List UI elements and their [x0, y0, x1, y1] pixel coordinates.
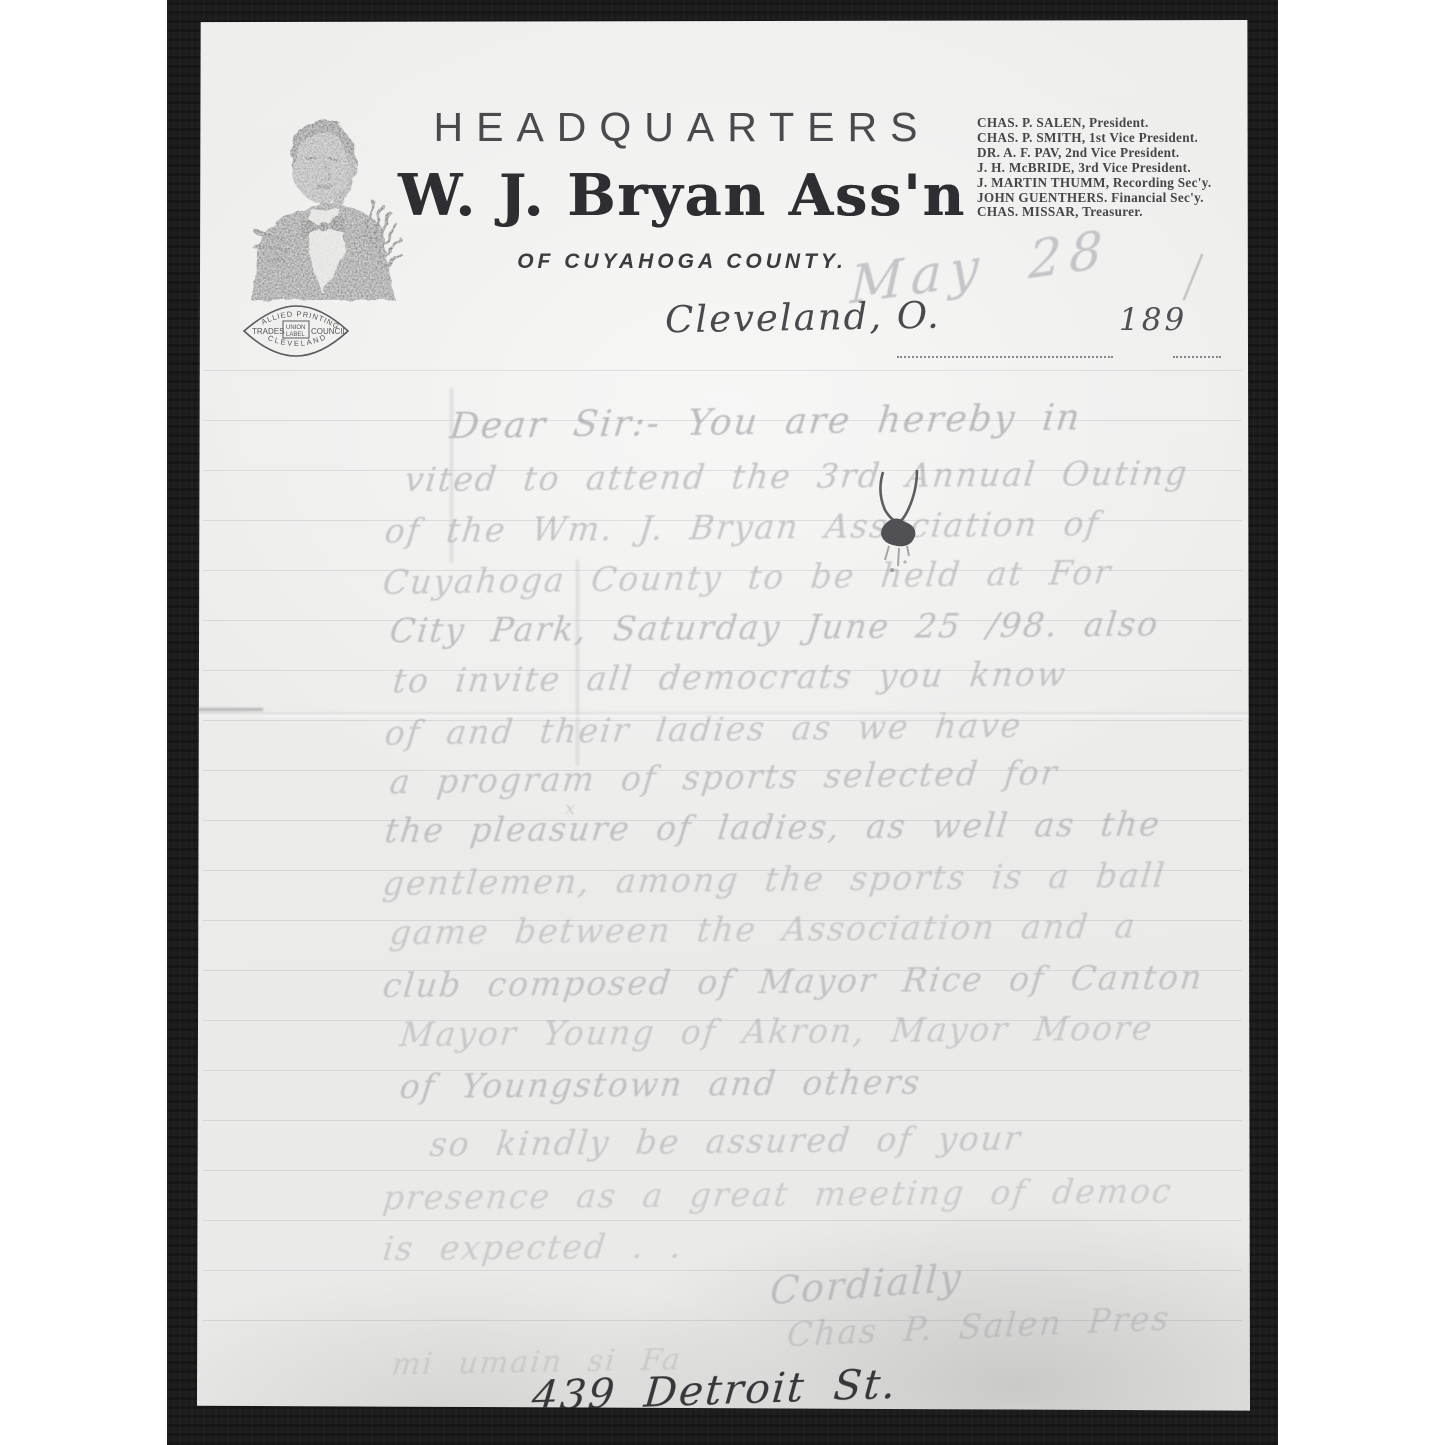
- handwriting-line: of the Wm. J. Bryan Association of: [383, 504, 1102, 551]
- stray-pencil-x: x: [565, 798, 577, 819]
- fold-crease: [576, 560, 579, 765]
- handwriting-line: the pleasure of ladies, as well as the: [383, 805, 1163, 851]
- ink-blot: [865, 462, 935, 582]
- officer-line: DR. A. F. PAV, 2nd Vice President.: [977, 146, 1211, 161]
- officer-line: CHAS. MISSAR, Treasurer.: [977, 205, 1211, 220]
- fold-crease: [450, 388, 453, 563]
- handwriting-line: game between the Association and a: [388, 907, 1139, 953]
- handwriting-line: vited to attend the 3rd Annual Outing: [403, 454, 1191, 500]
- handwriting-line: a program of sports selected for: [388, 753, 1061, 801]
- officer-line: CHAS. P. SALEN, President.: [977, 116, 1211, 131]
- handwriting-line: gentlemen, among the sports is a ball: [381, 856, 1168, 903]
- officer-line: J. MARTIN THUMM, Recording Sec'y.: [977, 176, 1211, 191]
- handwriting-line: City Park, Saturday June 25 /98. also: [388, 605, 1162, 651]
- handwriting-line: Cuyahoga County to be held at For: [381, 553, 1114, 602]
- union-label-stamp: ALLIED PRINTING CLEVELAND TRADES UNION L…: [241, 301, 351, 361]
- handwriting-line: so kindly be assured of your: [428, 1119, 1024, 1164]
- dateline-dotted-rule: [897, 320, 1113, 358]
- svg-text:TRADES: TRADES: [252, 327, 284, 336]
- svg-text:COUNCIL: COUNCIL: [311, 327, 348, 336]
- svg-text:UNION: UNION: [286, 325, 305, 331]
- ruled-line: [203, 1120, 1242, 1121]
- handwriting-line: Dear Sir:- You are hereby in: [448, 398, 1084, 448]
- scanned-letter-photo: ALLIED PRINTING CLEVELAND TRADES UNION L…: [0, 0, 1445, 1445]
- dateline-dotted-rule-short: [1173, 320, 1221, 358]
- handwriting-line: Mayor Young of Akron, Mayor Moore: [398, 1009, 1156, 1055]
- handwritten-date: May 28: [849, 219, 1111, 316]
- ruled-line: [203, 1220, 1242, 1221]
- organization-name: W. J. Bryan Ass'n: [377, 162, 987, 229]
- ruled-line: [203, 1270, 1242, 1271]
- handwriting-line: is expected . .: [381, 1227, 686, 1269]
- handwriting-line: to invite all democrats you know: [391, 654, 1070, 700]
- headquarters-title: HEADQUARTERS: [397, 104, 967, 151]
- handwriting-line: of Youngstown and others: [398, 1063, 924, 1107]
- handwriting-line: club composed of Mayor Rice of Canton: [381, 958, 1206, 1006]
- svg-text:LABEL: LABEL: [286, 332, 305, 338]
- officer-line: J. H. McBRIDE, 3rd Vice President.: [977, 161, 1211, 176]
- officer-line: CHAS. P. SMITH, 1st Vice President.: [977, 131, 1211, 146]
- handwriting-line: presence as a great meeting of democ: [381, 1172, 1175, 1218]
- stray-pencil-mark: [1183, 253, 1204, 300]
- ruled-line: [203, 370, 1242, 371]
- letter-paper: ALLIED PRINTING CLEVELAND TRADES UNION L…: [197, 20, 1250, 1412]
- ruled-line: [203, 1170, 1242, 1171]
- handwriting-line: Cordially: [769, 1255, 964, 1313]
- horizontal-fold-crease: [197, 712, 1250, 717]
- fold-shadow-mark: [197, 708, 263, 711]
- officers-list: CHAS. P. SALEN, President.CHAS. P. SMITH…: [977, 116, 1211, 220]
- photo-background: ALLIED PRINTING CLEVELAND TRADES UNION L…: [167, 0, 1278, 1445]
- officer-line: JOHN GUENTHERS. Financial Sec'y.: [977, 191, 1211, 206]
